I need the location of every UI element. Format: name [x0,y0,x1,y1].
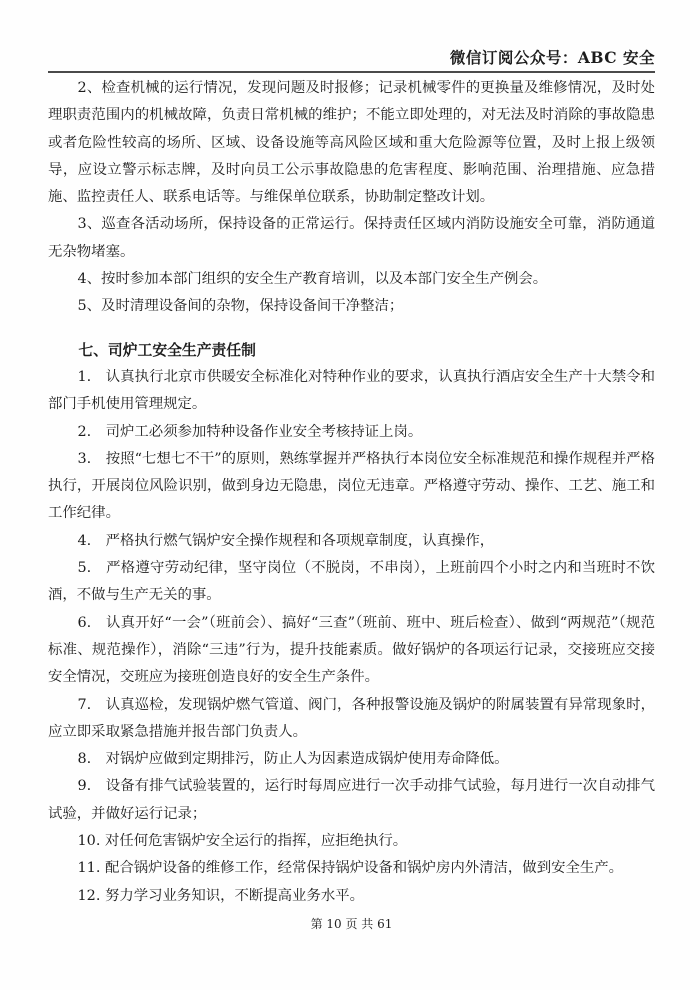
intro-paragraph-2: 2、检查机械的运行情况，发现问题及时报修；记录机械零件的更换量及维修情况，及时处… [48,75,655,211]
page-header: 微信订阅公众号：ABC 安全 [48,0,655,73]
section-heading: 七、司炉工安全生产责任制 [48,337,655,364]
duty-item-3: 3. 按照“七想七不干”的原则，熟练掌握并严格执行本岗位安全标准规范和操作规程并… [48,446,655,528]
duty-item-9: 9. 设备有排气试验装置的，运行时每周应进行一次手动排气试验，每月进行一次自动排… [48,773,655,828]
duty-item-4: 4. 严格执行燃气锅炉安全操作规程和各项规章制度，认真操作， [48,528,655,555]
duty-item-2: 2. 司炉工必须参加特种设备作业安全考核持证上岗。 [48,419,655,446]
intro-paragraph-4: 4、按时参加本部门组织的安全生产教育培训，以及本部门安全生产例会。 [48,266,655,293]
duty-item-8: 8. 对锅炉应做到定期排污，防止人为因素造成锅炉使用寿命降低。 [48,746,655,773]
document-page: 微信订阅公众号：ABC 安全 2、检查机械的运行情况，发现问题及时报修；记录机械… [0,0,700,990]
duty-item-1: 1. 认真执行北京市供暖安全标准化对特种作业的要求，认真执行酒店安全生产十大禁令… [48,364,655,419]
intro-paragraph-5: 5、及时清理设备间的杂物，保持设备间干净整洁； [48,293,655,320]
header-title: 微信订阅公众号：ABC 安全 [450,48,655,67]
page-number: 第 10 页 共 61 [48,911,655,937]
duty-item-12: 12. 努力学习业务知识，不断提高业务水平。 [48,883,655,910]
document-body: 2、检查机械的运行情况，发现问题及时报修；记录机械零件的更换量及维修情况，及时处… [48,75,655,937]
duty-item-11: 11. 配合锅炉设备的维修工作，经常保持锅炉设备和锅炉房内外清洁，做到安全生产。 [48,855,655,882]
duty-item-6: 6. 认真开好“一会”（班前会）、搞好“三查”（班前、班中、班后检查）、做到“两… [48,610,655,692]
duty-item-7: 7. 认真巡检，发现锅炉燃气管道、阀门，各种报警设施及锅炉的附属装置有异常现象时… [48,692,655,747]
duty-item-10: 10. 对任何危害锅炉安全运行的指挥，应拒绝执行。 [48,828,655,855]
intro-paragraph-3: 3、巡查各活动场所，保持设备的正常运行。保持责任区域内消防设施安全可靠，消防通道… [48,211,655,266]
duty-item-5: 5. 严格遵守劳动纪律，坚守岗位（不脱岗，不串岗），上班前四个小时之内和当班时不… [48,555,655,610]
